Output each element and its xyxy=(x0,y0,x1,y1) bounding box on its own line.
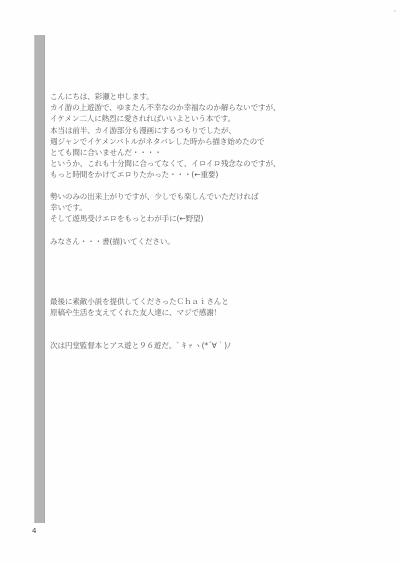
paragraph-greeting: こんにちは、彩瀬と申します。 カイ游の上遊游で、ゆまたん不幸なのか幸福なのか解ら… xyxy=(50,91,280,181)
paragraph-next: 次は円堂監督本とアス遊と９６遊だ。ﾞ ｷ ｯ ヽ(*´∀｀)ﾉ xyxy=(50,340,231,351)
document-page: こんにちは、彩瀬と申します。 カイ游の上遊游で、ゆまたん不幸なのか幸福なのか解ら… xyxy=(0,0,400,564)
text-line: 本当は前半、カイ游部分も漫画にするつもりでしたが、 xyxy=(50,125,280,136)
paragraph-request: みなさん・・・書(描)いてください。 xyxy=(50,236,175,247)
text-line: 原稿や生活を支えてくれた友人達に、マジで感謝！ xyxy=(50,307,229,318)
text-line: そして遊馬受けエロをもっとわが手に(←野望) xyxy=(50,213,258,224)
scan-speck xyxy=(394,10,396,12)
side-margin-bar xyxy=(34,35,45,523)
text-line: 勢いのみの出来上がりですが、少しでも楽しんでいただければ xyxy=(50,191,258,202)
text-line: もっと時間をかけてエロりたかった・・・(←重要) xyxy=(50,169,280,180)
text-line: こんにちは、彩瀬と申します。 xyxy=(50,91,280,102)
text-line: 次は円堂監督本とアス遊と９６遊だ。ﾞ ｷ ｯ ヽ(*´∀｀)ﾉ xyxy=(50,340,231,351)
text-line: イケメン二人に熱烈に愛されればいいよという本です。 xyxy=(50,113,280,124)
text-line: カイ游の上遊游で、ゆまたん不幸なのか幸福なのか解らないですが、 xyxy=(50,102,280,113)
page-number: 4 xyxy=(32,527,36,535)
text-line: 週ジャンでイケメンバトルがネタバレした時から描き始めたので xyxy=(50,136,280,147)
text-line: 幸いです。 xyxy=(50,202,258,213)
text-line: とても間に合いませんだ・・・・ xyxy=(50,147,280,158)
paragraph-thanks: 最後に素敵小説を提供してくださったＣｈａｉさんと 原稿や生活を支えてくれた友人達… xyxy=(50,296,229,318)
paragraph-hopes: 勢いのみの出来上がりですが、少しでも楽しんでいただければ 幸いです。 そして遊馬… xyxy=(50,191,258,225)
text-line: 最後に素敵小説を提供してくださったＣｈａｉさんと xyxy=(50,296,229,307)
text-line: みなさん・・・書(描)いてください。 xyxy=(50,236,175,247)
text-line: というか、これも十分間に合ってなくて、イロイロ残念なのですが、 xyxy=(50,158,280,169)
